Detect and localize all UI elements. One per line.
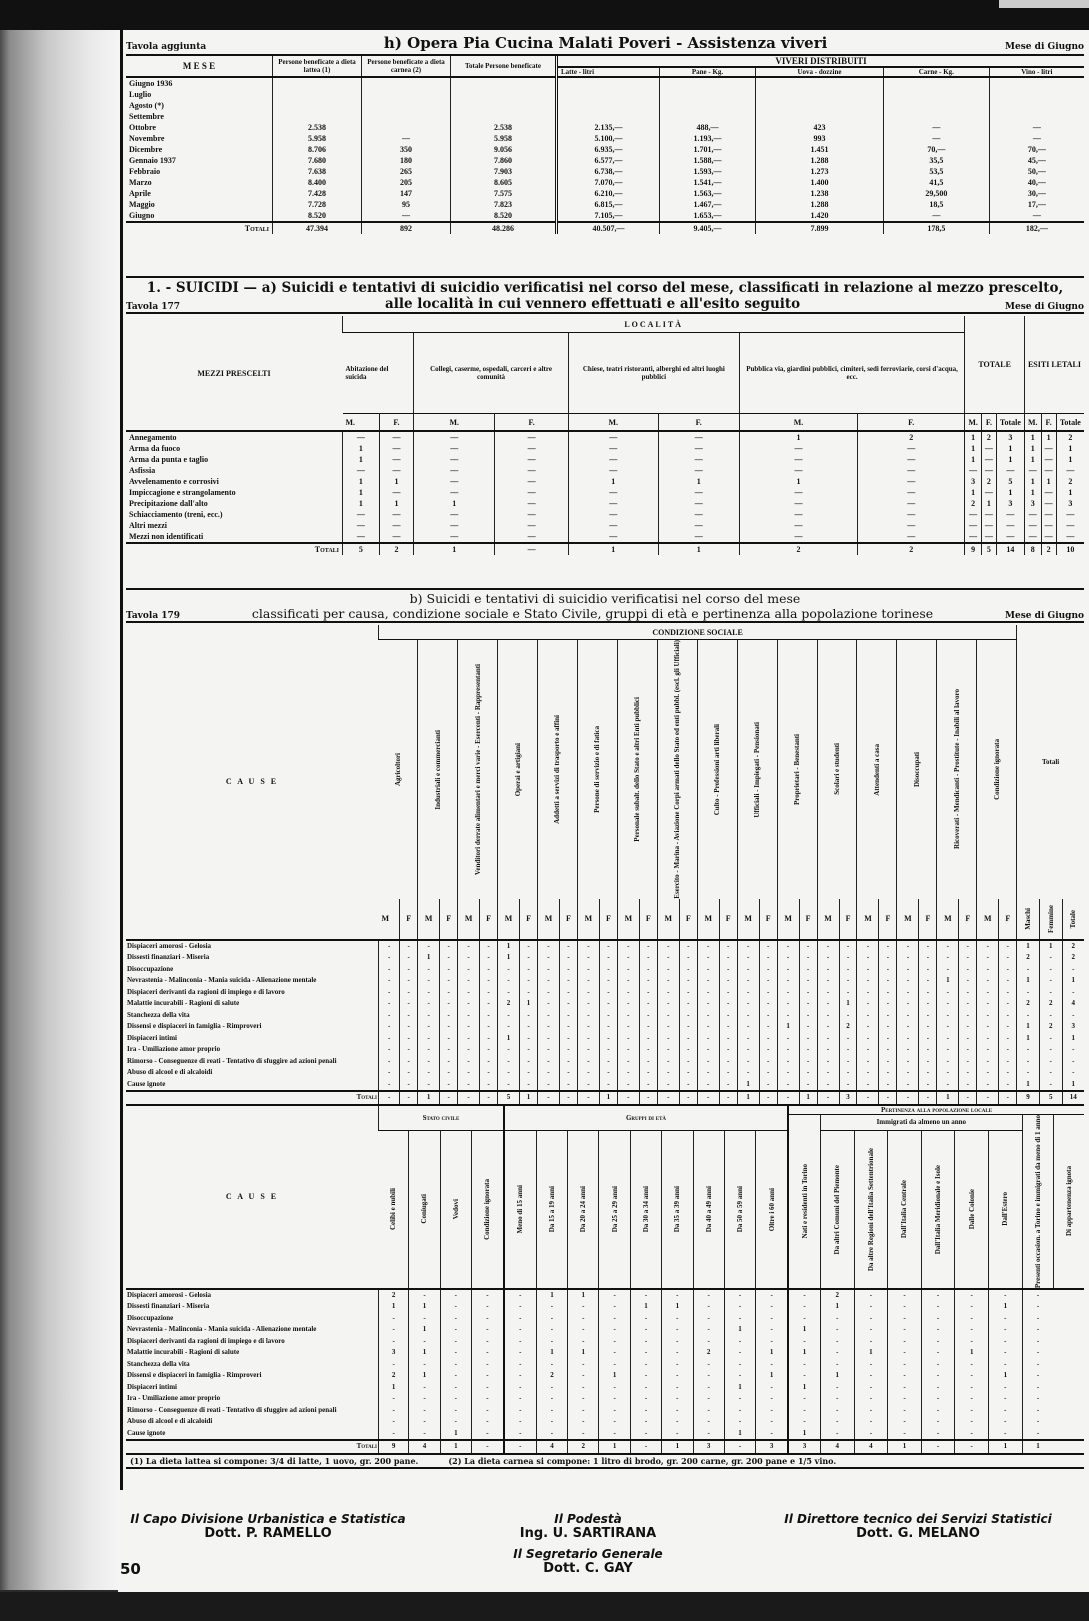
total-cell: 1 (599, 1091, 617, 1104)
value-cell: - (959, 987, 977, 999)
total-cell: 5 (343, 543, 380, 555)
value-cell: 2 (1039, 1021, 1062, 1033)
value-cell: — (379, 531, 413, 543)
value-cell: 1 (599, 1370, 630, 1382)
value-cell: - (400, 1021, 418, 1033)
value-cell: 7.728 (273, 199, 362, 210)
total-cell: 9.405,— (659, 222, 755, 234)
value-cell: - (498, 987, 520, 999)
value-cell: 2 (693, 1347, 724, 1359)
value-cell: - (599, 1324, 630, 1336)
value-cell (362, 122, 451, 133)
value-cell: - (599, 1428, 630, 1441)
value-cell: - (737, 975, 759, 987)
value-cell: - (440, 987, 458, 999)
value-cell: 9.056 (451, 144, 557, 155)
total-cell: - (777, 1091, 799, 1104)
value-cell: 180 (362, 155, 451, 166)
value-cell: - (617, 940, 639, 953)
value-cell: - (799, 1044, 817, 1056)
value-cell: 95 (362, 199, 451, 210)
value-cell: — (858, 476, 965, 487)
col-condizione: Agricoltori (379, 640, 418, 899)
value-cell: — (568, 431, 658, 443)
value-cell (451, 111, 557, 122)
table-row: Dispiaceri amorosi - Gelosia------1-----… (126, 940, 1084, 953)
col-eta-sub: Da 50 a 59 anni (724, 1130, 755, 1289)
value-cell: - (458, 1056, 480, 1068)
table-row: Arma da punta e taglio1———————1—11—1 (126, 454, 1084, 465)
value-cell: - (1022, 1393, 1053, 1405)
table-row: Altri mezzi—————————————— (126, 520, 1084, 531)
value-cell: - (759, 975, 777, 987)
value-cell (557, 77, 660, 89)
value-cell (989, 89, 1084, 100)
value-cell: - (777, 1010, 799, 1022)
value-cell (883, 89, 989, 100)
value-cell: 1 (989, 1370, 1023, 1382)
value-cell: - (820, 1336, 854, 1348)
value-cell: — (414, 465, 495, 476)
total-cell: - (472, 1440, 504, 1453)
total-cell: 4 (536, 1440, 567, 1453)
value-cell: - (400, 1079, 418, 1092)
value-cell: - (817, 1010, 839, 1022)
value-cell (659, 100, 755, 111)
table-row: Dispiaceri intimi1----------1-1------- (126, 1382, 1084, 1394)
total-cell: 1 (888, 1440, 922, 1453)
value-cell: - (817, 1044, 839, 1056)
col-eta-sub: Da 40 a 49 anni (693, 1130, 724, 1289)
value-cell: — (379, 431, 413, 443)
value-cell: — (658, 443, 739, 454)
value-cell: - (959, 940, 977, 953)
col-mese: M E S E (126, 56, 273, 77)
value-cell: - (999, 987, 1017, 999)
value-cell: 1 (409, 1324, 440, 1336)
value-cell: - (719, 1033, 737, 1045)
value-cell: - (756, 1324, 788, 1336)
value-cell: - (937, 1067, 959, 1079)
value-cell: 1 (498, 1033, 520, 1045)
value-cell: - (504, 1382, 536, 1394)
total-cell: 14 (1062, 1091, 1084, 1104)
value-cell (362, 100, 451, 111)
value-cell: 1 (409, 1370, 440, 1382)
value-cell: — (858, 531, 965, 543)
value-cell: - (888, 1313, 922, 1325)
value-cell: 5.100,— (557, 133, 660, 144)
value-cell: 1 (955, 1347, 989, 1359)
value-cell: - (472, 1313, 504, 1325)
value-cell: - (977, 1033, 999, 1045)
value-cell: — (965, 465, 982, 476)
col-condizione: Disoccupati (897, 640, 937, 899)
table-row: Dispiaceri amorosi - Gelosia2----11-----… (126, 1289, 1084, 1302)
table-row: Stanchezza della vita-------------------… (126, 1359, 1084, 1371)
table-row: Dissesti finanziari - Miseria--1---1----… (126, 952, 1084, 964)
total-cell: 1 (440, 1440, 471, 1453)
value-cell: - (498, 1067, 520, 1079)
total-cell: 2 (858, 543, 965, 555)
value-cell: — (996, 509, 1024, 520)
value-cell: - (504, 1313, 536, 1325)
value-cell: - (440, 1289, 471, 1302)
col-f: F. (379, 414, 413, 432)
value-cell: - (756, 1393, 788, 1405)
value-cell: 8.400 (273, 177, 362, 188)
value-cell: - (679, 1033, 697, 1045)
value-cell: - (888, 1382, 922, 1394)
value-cell: - (697, 998, 719, 1010)
value-cell: - (657, 1056, 679, 1068)
value-cell: - (977, 964, 999, 976)
value-cell: 8.706 (273, 144, 362, 155)
value-cell: 205 (362, 177, 451, 188)
value-cell: - (879, 987, 897, 999)
table-row: Cause ignote------------------1---------… (126, 1079, 1084, 1092)
value-cell: - (657, 1033, 679, 1045)
value-cell: - (537, 1056, 559, 1068)
cause-label: Dispiaceri intimi (126, 1033, 379, 1045)
value-cell: - (568, 1393, 599, 1405)
value-cell: - (1062, 1044, 1084, 1056)
value-cell: - (697, 1067, 719, 1079)
value-cell: - (719, 1044, 737, 1056)
value-cell: - (599, 987, 617, 999)
value-cell: 1 (756, 1347, 788, 1359)
total-cell: - (639, 1091, 657, 1104)
value-cell: - (759, 1056, 777, 1068)
value-cell: - (599, 1010, 617, 1022)
value-cell: - (662, 1289, 693, 1302)
value-cell: — (343, 531, 380, 543)
value-cell: - (724, 1313, 755, 1325)
value-cell: - (577, 1010, 599, 1022)
value-cell: - (568, 1359, 599, 1371)
value-cell: - (959, 1010, 977, 1022)
cause-label: Cause ignote (126, 1428, 379, 1441)
value-cell: - (379, 1056, 400, 1068)
value-cell: - (520, 964, 538, 976)
value-cell: - (788, 1336, 820, 1348)
value-cell: — (658, 487, 739, 498)
value-cell: - (854, 1416, 888, 1428)
value-cell: 2 (965, 498, 982, 509)
value-cell: — (658, 498, 739, 509)
cause-label: Stanchezza della vita (126, 1010, 379, 1022)
value-cell: - (937, 998, 959, 1010)
table-row: Cause ignote--1--------1-1------- (126, 1428, 1084, 1441)
value-cell: - (480, 1021, 498, 1033)
value-cell: - (1022, 1428, 1053, 1441)
total-cell: - (817, 1091, 839, 1104)
value-cell: - (440, 1359, 471, 1371)
value-cell: - (679, 952, 697, 964)
value-cell: 1 (379, 1382, 409, 1394)
value-cell: - (820, 1359, 854, 1371)
value-cell: - (639, 1056, 657, 1068)
value-cell: - (1017, 1067, 1040, 1079)
value-cell: 7.575 (451, 188, 557, 199)
value-cell: 1.273 (756, 166, 884, 177)
cause-label: Dissesti finanziari - Miseria (126, 952, 379, 964)
value-cell: - (458, 1010, 480, 1022)
value-cell: - (440, 1044, 458, 1056)
value-cell: - (379, 998, 400, 1010)
month-cell: Ottobre (126, 122, 273, 133)
value-cell: 1.653,— (659, 210, 755, 222)
value-cell: - (999, 1033, 1017, 1045)
value-cell: 1 (996, 487, 1024, 498)
total-cell: 7.899 (756, 222, 884, 234)
value-cell: - (788, 1313, 820, 1325)
value-cell: - (472, 1405, 504, 1417)
value-cell: - (759, 1010, 777, 1022)
value-cell: - (857, 1033, 879, 1045)
table-row: Malattie incurabili - Ragioni di salute-… (126, 998, 1084, 1010)
month-cell: Luglio (126, 89, 273, 100)
value-cell: 1 (343, 454, 380, 465)
tavola-label: Tavola 177 (126, 302, 180, 312)
cause-label: Disoccupazione (126, 964, 379, 976)
value-cell: - (1017, 987, 1040, 999)
value-cell: 7.823 (451, 199, 557, 210)
value-cell: — (495, 443, 569, 454)
total-cell: 3 (839, 1091, 857, 1104)
table-row: Aprile7.4281477.5756.210,—1.563,—1.23829… (126, 188, 1084, 199)
value-cell: - (888, 1405, 922, 1417)
value-cell: - (799, 1079, 817, 1092)
value-cell: - (1039, 1010, 1062, 1022)
table-row: Dissesti finanziari - Miseria11------11-… (126, 1301, 1084, 1313)
value-cell: - (679, 998, 697, 1010)
value-cell: - (756, 1336, 788, 1348)
col-cause: C A U S E (126, 625, 379, 940)
value-cell: — (1041, 454, 1056, 465)
value-cell (883, 111, 989, 122)
value-cell: 1 (724, 1382, 755, 1394)
value-cell: - (568, 1428, 599, 1441)
value-cell: - (662, 1416, 693, 1428)
value-cell: - (657, 1079, 679, 1092)
value-cell: - (697, 975, 719, 987)
value-cell: - (879, 1033, 897, 1045)
value-cell: - (599, 1416, 630, 1428)
value-cell: - (839, 1056, 857, 1068)
total-cell: - (759, 1091, 777, 1104)
value-cell: 2 (1056, 431, 1084, 443)
value-cell (756, 100, 884, 111)
value-cell: - (379, 1021, 400, 1033)
col-condizione: Addetti a servizi di trasporto e affini (537, 640, 577, 899)
value-cell: 1 (965, 431, 982, 443)
value-cell: - (857, 1044, 879, 1056)
value-cell: - (537, 1079, 559, 1092)
col-condizione: Personale subalt. dello Stato e altri En… (617, 640, 657, 899)
total-cell: - (480, 1091, 498, 1104)
total-cell: - (959, 1091, 977, 1104)
table-row: Dissensi e dispiaceri in famiglia - Rimp… (126, 1021, 1084, 1033)
value-cell: - (504, 1416, 536, 1428)
value-cell (273, 111, 362, 122)
value-cell: - (599, 940, 617, 953)
value-cell: - (480, 964, 498, 976)
value-cell: - (854, 1336, 888, 1348)
value-cell: - (504, 1301, 536, 1313)
value-cell: - (536, 1428, 567, 1441)
total-cell: - (504, 1440, 536, 1453)
value-cell: - (977, 1067, 999, 1079)
signature-center-title: Il Podestà (448, 1512, 728, 1526)
value-cell: - (599, 952, 617, 964)
value-cell: 1 (662, 1301, 693, 1313)
col-m: M (697, 899, 719, 940)
value-cell: - (937, 1056, 959, 1068)
value-cell: - (919, 1033, 937, 1045)
totals-row: Totali521—112295148210 (126, 543, 1084, 555)
signature-left-name: Dott. P. RAMELLO (118, 1526, 418, 1541)
value-cell: - (577, 1021, 599, 1033)
value-cell: - (440, 1382, 471, 1394)
value-cell: - (639, 1067, 657, 1079)
value-cell: - (888, 1359, 922, 1371)
value-cell: — (495, 498, 569, 509)
value-cell: - (955, 1405, 989, 1417)
col-eta-sub: Da 20 a 24 anni (568, 1130, 599, 1289)
value-cell: - (799, 964, 817, 976)
col-m: M (498, 899, 520, 940)
value-cell: - (559, 998, 577, 1010)
value-cell: — (379, 487, 413, 498)
value-cell: - (657, 998, 679, 1010)
value-cell: - (897, 1044, 919, 1056)
total-cell: 4 (854, 1440, 888, 1453)
value-cell (273, 89, 362, 100)
value-cell: — (658, 454, 739, 465)
value-cell: - (440, 1021, 458, 1033)
value-cell: - (693, 1428, 724, 1441)
cause-label: Ira - Umiliazione amor proprio (126, 1044, 379, 1056)
value-cell: 2 (1062, 952, 1084, 964)
value-cell: - (724, 1336, 755, 1348)
value-cell: - (820, 1324, 854, 1336)
total-cell: 5 (498, 1091, 520, 1104)
value-cell: - (756, 1428, 788, 1441)
value-cell: - (617, 987, 639, 999)
value-cell: - (719, 998, 737, 1010)
col-stato-civile-sub: Celibi e nubili (379, 1130, 409, 1289)
value-cell: - (919, 1056, 937, 1068)
value-cell: - (639, 1021, 657, 1033)
value-cell: - (480, 940, 498, 953)
value-cell: 7.428 (273, 188, 362, 199)
value-cell: - (1022, 1370, 1053, 1382)
col-eta-sub: Meno di 15 anni (504, 1130, 536, 1289)
col-nati-torino: Nati e residenti in Torino (788, 1114, 820, 1289)
value-cell: - (409, 1359, 440, 1371)
value-cell: - (577, 998, 599, 1010)
value-cell: - (799, 1010, 817, 1022)
value-cell: - (937, 952, 959, 964)
col-f: F. (495, 414, 569, 432)
value-cell: 1 (414, 498, 495, 509)
table-row: Maggio7.728957.8236.815,—1.467,—1.28818,… (126, 199, 1084, 210)
value-cell: - (662, 1347, 693, 1359)
value-cell: - (520, 1021, 538, 1033)
value-cell: — (965, 520, 982, 531)
value-cell: — (739, 498, 857, 509)
value-cell: - (662, 1382, 693, 1394)
value-cell: - (737, 998, 759, 1010)
value-cell: - (777, 1033, 799, 1045)
value-cell: 2 (1039, 998, 1062, 1010)
total-cell: 5 (981, 543, 996, 555)
value-cell: - (577, 1067, 599, 1079)
table-row: Ira - Umiliazione amor proprio----------… (126, 1044, 1084, 1056)
value-cell: — (739, 520, 857, 531)
value-cell: - (662, 1359, 693, 1371)
value-cell: 1.400 (756, 177, 884, 188)
col-eta-sub: Da 25 a 29 anni (599, 1130, 630, 1289)
value-cell: - (759, 1021, 777, 1033)
value-cell: — (1056, 509, 1084, 520)
value-cell: - (737, 952, 759, 964)
value-cell: 1 (1017, 1021, 1040, 1033)
month-cell: Febbraio (126, 166, 273, 177)
value-cell: - (820, 1393, 854, 1405)
value-cell: - (480, 1079, 498, 1092)
value-cell: — (739, 454, 857, 465)
value-cell: - (537, 1021, 559, 1033)
value-cell: - (777, 1079, 799, 1092)
total-cell: 1 (658, 543, 739, 555)
value-cell: - (379, 1033, 400, 1045)
value-cell: 6.210,— (557, 188, 660, 199)
value-cell: - (737, 1044, 759, 1056)
value-cell: - (693, 1359, 724, 1371)
value-cell: - (504, 1336, 536, 1348)
value-cell: - (857, 1021, 879, 1033)
value-cell: - (520, 1067, 538, 1079)
value-cell: - (504, 1428, 536, 1441)
value-cell: - (820, 1405, 854, 1417)
value-cell: - (418, 1044, 440, 1056)
value-cell: 1 (520, 998, 538, 1010)
value-cell: — (858, 498, 965, 509)
value-cell: - (504, 1405, 536, 1417)
value-cell: - (630, 1370, 661, 1382)
value-cell: - (959, 964, 977, 976)
value-cell: 1 (568, 1347, 599, 1359)
value-cell: - (839, 1010, 857, 1022)
value-cell: - (409, 1428, 440, 1441)
table-row: Asfissia—————————————— (126, 465, 1084, 476)
value-cell: - (820, 1428, 854, 1441)
value-cell: 30,— (989, 188, 1084, 199)
table-row: Rimorso - Conseguenze di reati - Tentati… (126, 1405, 1084, 1417)
value-cell: 2.538 (273, 122, 362, 133)
value-cell: - (639, 952, 657, 964)
value-cell: - (599, 1405, 630, 1417)
value-cell (362, 77, 451, 89)
value-cell: - (639, 1010, 657, 1022)
value-cell: - (719, 964, 737, 976)
value-cell: - (977, 998, 999, 1010)
value-cell (883, 100, 989, 111)
value-cell: - (480, 1033, 498, 1045)
value-cell: — (858, 443, 965, 454)
